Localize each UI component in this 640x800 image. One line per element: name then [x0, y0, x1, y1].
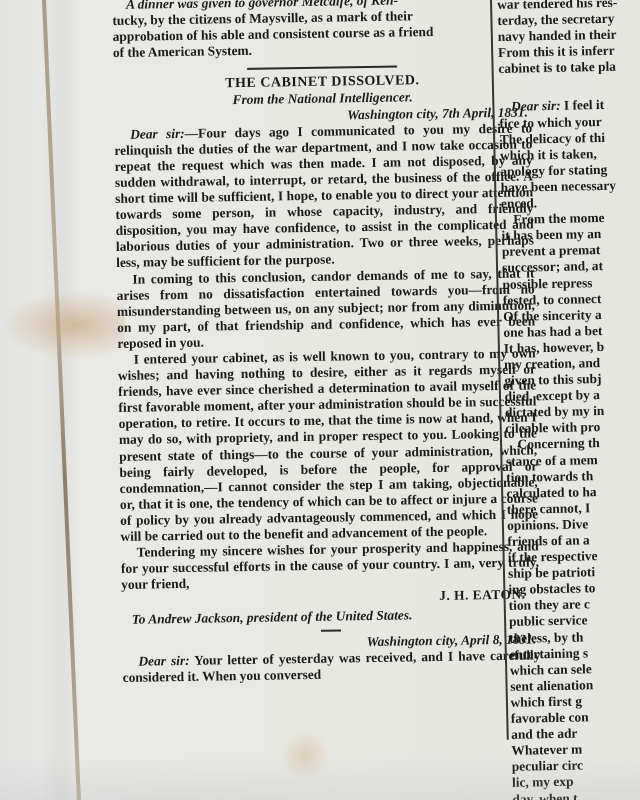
right-column: war tendered his res- terday, the secret… — [497, 0, 640, 800]
rc-salutation: Dear sir: — [511, 98, 561, 114]
page-fold-crease — [42, 0, 81, 800]
main-column: A dinner was given to governor Metcalfe,… — [112, 0, 541, 686]
letter-1-paragraph-2: In coming to this conclusion, candor dem… — [116, 265, 535, 352]
short-rule — [321, 629, 341, 631]
top-line-3: of the American System. — [113, 43, 252, 60]
letter-1-text-1: —Four days ago I communicated to you my … — [114, 120, 534, 270]
letter-1-paragraph-1: Dear sir:—Four days ago I communicated t… — [114, 120, 534, 271]
letter-1-text-2: In coming to this conclusion, candor dem… — [117, 265, 536, 351]
addressee: To Andrew Jackson, president of the Unit… — [122, 606, 540, 629]
letter-1-paragraph-3: I entered your cabinet, as is well known… — [118, 345, 539, 545]
salutation-2: Dear sir: — [138, 653, 189, 669]
letter-2-paragraph-1: Dear sir: Your letter of yesterday was r… — [122, 647, 540, 686]
letter-1-paragraph-4: Tendering my sincere wishes for your pro… — [121, 538, 540, 593]
rc-gap — [499, 74, 640, 99]
foxing-stain — [0, 290, 125, 360]
section-rule — [247, 66, 397, 70]
salutation-1: Dear sir: — [130, 126, 185, 142]
newspaper-photo: A dinner was given to governor Metcalfe,… — [0, 0, 640, 800]
rc-a-0-text: I feel it — [560, 97, 604, 113]
letter-1-text-3: I entered your cabinet, as is well known… — [118, 345, 538, 544]
top-paragraph: A dinner was given to governor Metcalfe,… — [112, 0, 531, 61]
bottom-shadow — [0, 755, 640, 800]
letter-1-text-4: Tendering my sincere wishes for your pro… — [121, 538, 539, 592]
